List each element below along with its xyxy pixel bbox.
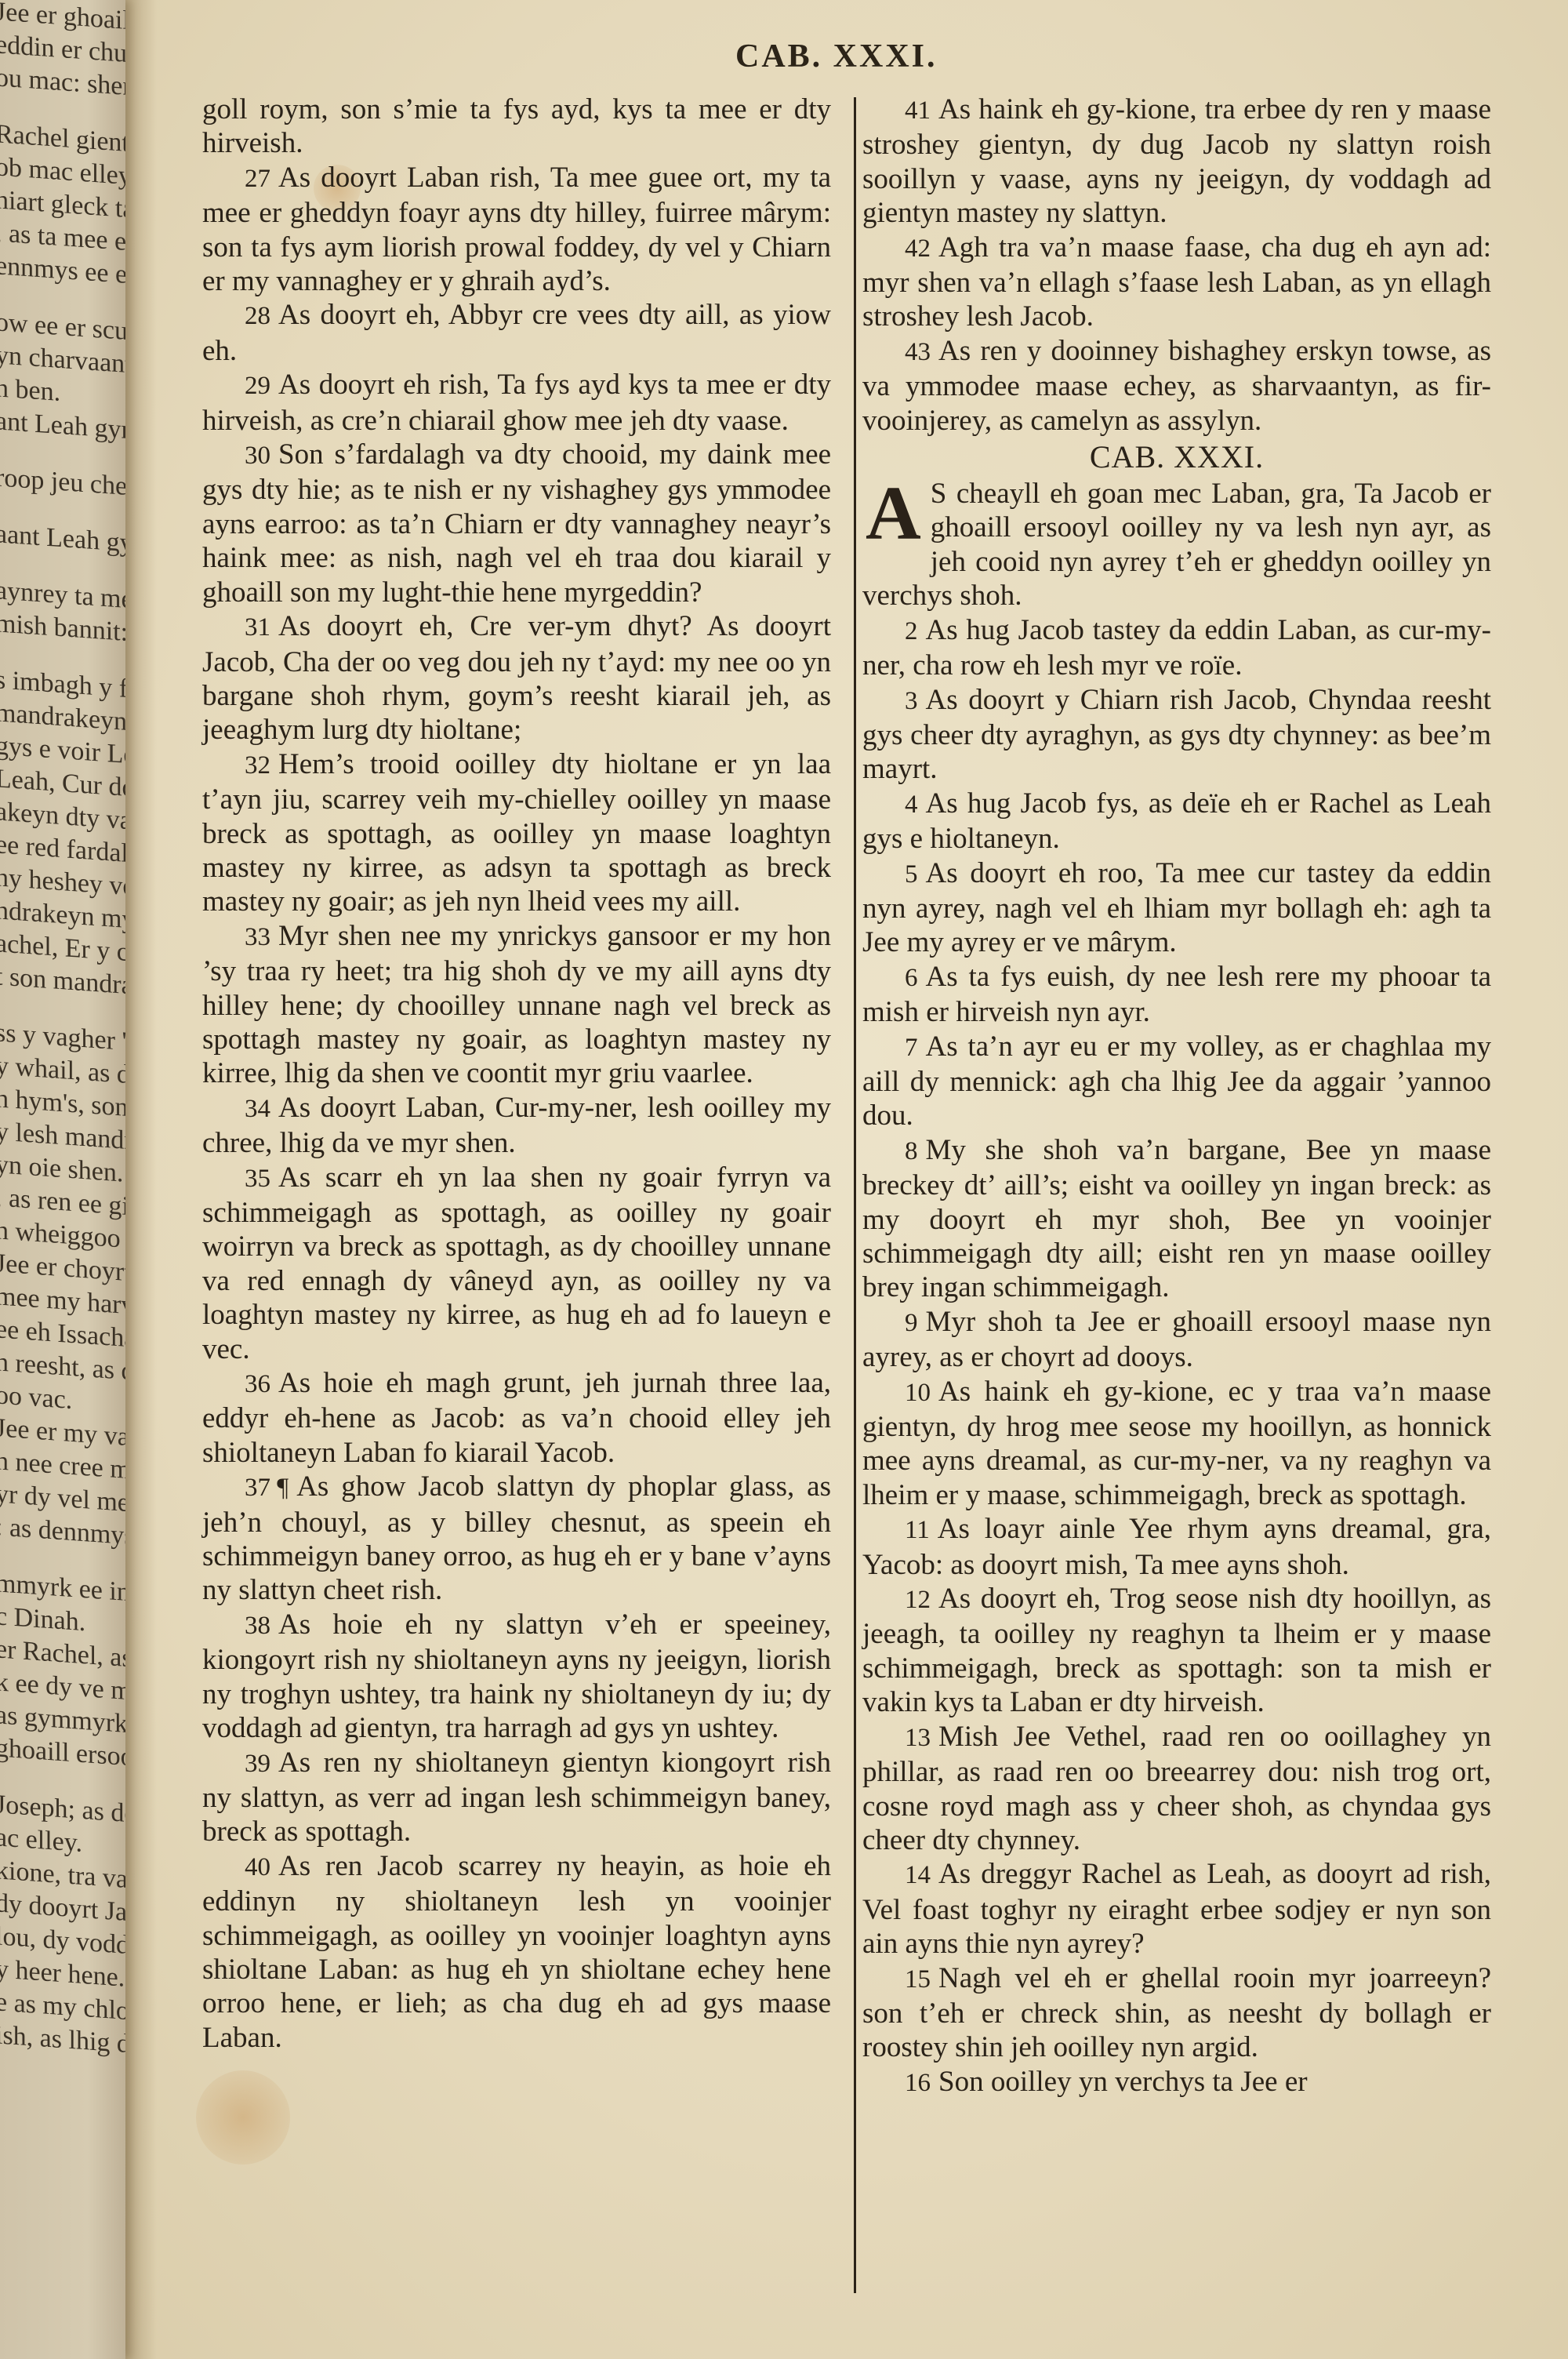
foxing-stain	[196, 2070, 290, 2165]
verse-text: As hug Jacob tastey da eddin Laban, as c…	[862, 614, 1491, 682]
verse-number: 13	[862, 1721, 938, 1755]
verse: 27As dooyrt Laban rish, Ta mee guee ort,…	[202, 161, 831, 299]
verse-number: 38	[202, 1609, 278, 1643]
verse: 16Son ooilley yn verchys ta Jee er	[862, 2065, 1491, 2100]
verse: 29As dooyrt eh rish, Ta fys ayd kys ta m…	[202, 368, 831, 438]
verse-number: 39	[202, 1747, 278, 1781]
column-rule	[854, 97, 856, 2293]
verse-text: As ghow Jacob slattyn dy phoplar glass, …	[202, 1470, 831, 1606]
verse-number: 9	[862, 1307, 926, 1340]
verse-number: 15	[862, 1963, 938, 1997]
verse-text: As ta fys euish, dy nee lesh rere my pho…	[862, 961, 1491, 1028]
verse: 11As loayr ainle Yee rhym ayns dreamal, …	[862, 1512, 1491, 1582]
first-verse-text: S cheayll eh goan mec Laban, gra, Ta Jac…	[862, 478, 1491, 612]
verse: 31As dooyrt eh, Cre ver-ym dhyt? As dooy…	[202, 609, 831, 747]
verse-text: Son s’fardalagh va dty chooid, my daink …	[202, 438, 831, 609]
verse-number: 40	[202, 1851, 278, 1885]
drop-cap: A	[866, 482, 921, 546]
verse: 12As dooyrt eh, Trog seose nish dty hooi…	[862, 1582, 1491, 1720]
verse-text: As dooyrt eh, Trog seose nish dty hooill…	[862, 1583, 1491, 1718]
verse-number: 14	[862, 1859, 938, 1892]
verse-number: 42	[862, 232, 938, 266]
verse: 15Nagh vel eh er ghellal rooin myr joarr…	[862, 1961, 1491, 2065]
verse-number: 41	[862, 94, 938, 128]
verse: 34As dooyrt Laban, Cur-my-ner, lesh ooil…	[202, 1091, 831, 1161]
verse-number: 32	[202, 749, 278, 783]
verse: 43As ren y dooinney bishaghey erskyn tow…	[862, 334, 1491, 438]
verse-number: 5	[862, 858, 926, 892]
verse-text: As ren Jacob scarrey ny heayin, as hoie …	[202, 1850, 831, 2054]
verse-text: Hem’s trooid ooilley dty hioltane er yn …	[202, 748, 831, 918]
verse-text: As scarr eh yn laa shen ny goair fyrryn …	[202, 1161, 831, 1365]
previous-page-line: aant Leah gym-	[0, 518, 125, 560]
verse: 41As haink eh gy-kione, tra erbee dy ren…	[862, 93, 1491, 231]
verse: 8My she shoh va’n bargane, Bee yn maase …	[862, 1133, 1491, 1305]
verse-text: As hoie eh magh grunt, jeh jurnah three …	[202, 1367, 831, 1469]
verse-number: 31	[202, 611, 278, 645]
verse-text: Mish Jee Vethel, raad ren oo ooillaghey …	[862, 1721, 1491, 1856]
verse-number: 6	[862, 961, 926, 995]
verse-text: Myr shen nee my ynrickys gansoor er my h…	[202, 920, 831, 1090]
verse-text: As dooyrt y Chiarn rish Jacob, Chyndaa r…	[862, 684, 1491, 786]
verse-text: Myr shoh ta Jee er ghoaill ersooyl maase…	[862, 1306, 1491, 1373]
verse-text: As hoie eh ny slattyn v’eh er speeiney, …	[202, 1608, 831, 1744]
book-page: Jee er ghoailleddin er churou mac: shen-…	[0, 0, 1568, 2359]
gutter-shadow	[125, 0, 157, 2359]
verse-number: 29	[202, 369, 278, 403]
verse-number: 43	[862, 336, 938, 369]
verse-number: 10	[862, 1376, 938, 1410]
verse-number: 36	[202, 1368, 278, 1401]
continuation-text: goll roym, son s’mie ta fys ayd, kys ta …	[202, 93, 831, 161]
verse: 4As hug Jacob fys, as deïe eh er Rachel …	[862, 787, 1491, 856]
verse: 13Mish Jee Vethel, raad ren oo ooillaghe…	[862, 1720, 1491, 1858]
verse-number: 34	[202, 1092, 278, 1126]
verse-number: 7	[862, 1031, 926, 1065]
verse-text: My she shoh va’n bargane, Bee yn maase b…	[862, 1134, 1491, 1304]
verse-number: 4	[862, 788, 926, 822]
verse: 9Myr shoh ta Jee er ghoaill ersooyl maas…	[862, 1305, 1491, 1375]
verse: 32Hem’s trooid ooilley dty hioltane er y…	[202, 747, 831, 919]
verse: 30Son s’fardalagh va dty chooid, my dain…	[202, 438, 831, 609]
verse: 7As ta’n ayr eu er my volley, as er chag…	[862, 1030, 1491, 1133]
previous-page-edge: Jee er ghoailleddin er churou mac: shen-…	[0, 0, 125, 2359]
left-verse-list: 27As dooyrt Laban rish, Ta mee guee ort,…	[202, 161, 831, 2055]
verse-text: As dooyrt eh roo, Ta mee cur tastey da e…	[862, 857, 1491, 959]
verse-text: As dooyrt eh, Abbyr cre vees dty aill, a…	[202, 299, 831, 366]
verse: 42Agh tra va’n maase faase, cha dug eh a…	[862, 231, 1491, 334]
verse-text: As ta’n ayr eu er my volley, as er chagh…	[862, 1030, 1491, 1132]
verse-text: As loayr ainle Yee rhym ayns dreamal, gr…	[862, 1513, 1491, 1580]
previous-page-line: roop jeu cheet:	[0, 461, 125, 503]
verse-text: As dooyrt Laban, Cur-my-ner, lesh ooille…	[202, 1092, 831, 1159]
verse-number: 2	[862, 615, 926, 649]
verse: 2As hug Jacob tastey da eddin Laban, as …	[862, 613, 1491, 683]
verse-text: As dooyrt eh rish, Ta fys ayd kys ta mee…	[202, 369, 831, 436]
verse: 37 ¶As ghow Jacob slattyn dy phoplar gla…	[202, 1470, 831, 1608]
verse-number: 8	[862, 1135, 926, 1169]
verse-number: 30	[202, 439, 278, 473]
verse-number: 27	[202, 162, 278, 196]
verse: 39As ren ny shioltaneyn gientyn kiongoyr…	[202, 1746, 831, 1849]
right-verse-list-after: 2As hug Jacob tastey da eddin Laban, as …	[862, 613, 1491, 2100]
verse-text: Nagh vel eh er ghellal rooin myr joarree…	[862, 1962, 1491, 2064]
verse-number: 3	[862, 685, 926, 718]
verse-number: 11	[862, 1514, 938, 1547]
right-verse-list-before: 41As haink eh gy-kione, tra erbee dy ren…	[862, 93, 1491, 438]
verse: 38As hoie eh ny slattyn v’eh er speeiney…	[202, 1608, 831, 1746]
verse: 33Myr shen nee my ynrickys gansoor er my…	[202, 919, 831, 1091]
right-column: 41As haink eh gy-kione, tra erbee dy ren…	[862, 93, 1491, 2100]
verse-text: As hug Jacob fys, as deïe eh er Rachel a…	[862, 787, 1491, 855]
verse-number: 16	[862, 2066, 938, 2100]
verse: 36As hoie eh magh grunt, jeh jurnah thre…	[202, 1366, 831, 1470]
left-column: goll roym, son s’mie ta fys ayd, kys ta …	[202, 93, 831, 2055]
running-head: CAB. XXXI.	[735, 38, 938, 75]
verse: 40As ren Jacob scarrey ny heayin, as hoi…	[202, 1849, 831, 2055]
verse-number: 35	[202, 1162, 278, 1196]
verse: 10As haink eh gy-kione, ec y traa va’n m…	[862, 1375, 1491, 1513]
verse-number: 33	[202, 921, 278, 954]
verse-number: 37 ¶	[202, 1471, 296, 1505]
verse-text: As dooyrt Laban rish, Ta mee guee ort, m…	[202, 162, 831, 297]
verse-number: 12	[862, 1583, 938, 1617]
verse: 5As dooyrt eh roo, Ta mee cur tastey da …	[862, 856, 1491, 960]
verse-text: Son ooilley yn verchys ta Jee er	[938, 2066, 1308, 2098]
verse-text: As dreggyr Rachel as Leah, as dooyrt ad …	[862, 1858, 1491, 1960]
first-verse: AS cheayll eh goan mec Laban, gra, Ta Ja…	[862, 477, 1491, 613]
verse: 28As dooyrt eh, Abbyr cre vees dty aill,…	[202, 298, 831, 368]
chapter-title: CAB. XXXI.	[862, 439, 1491, 475]
verse: 35As scarr eh yn laa shen ny goair fyrry…	[202, 1161, 831, 1366]
verse-text: Agh tra va’n maase faase, cha dug eh ayn…	[862, 231, 1491, 333]
verse: 14As dreggyr Rachel as Leah, as dooyrt a…	[862, 1857, 1491, 1961]
verse-text: As haink eh gy-kione, tra erbee dy ren y…	[862, 93, 1491, 229]
verse-text: As haink eh gy-kione, ec y traa va’n maa…	[862, 1376, 1491, 1511]
verse-text: As dooyrt eh, Cre ver-ym dhyt? As dooyrt…	[202, 610, 831, 746]
verse-text: As ren ny shioltaneyn gientyn kiongoyrt …	[202, 1747, 831, 1848]
verse: 6As ta fys euish, dy nee lesh rere my ph…	[862, 960, 1491, 1030]
verse-number: 28	[202, 300, 278, 333]
verse-text: As ren y dooinney bishaghey erskyn towse…	[862, 335, 1491, 437]
verse: 3As dooyrt y Chiarn rish Jacob, Chyndaa …	[862, 683, 1491, 787]
